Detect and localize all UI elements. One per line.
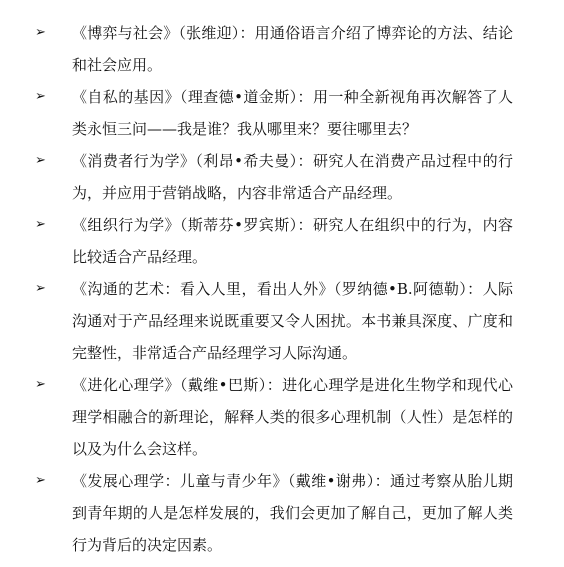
arrow-bullet-icon: ➢ [35, 145, 72, 177]
list-item: ➢ 《博弈与社会》（张维迎）：用通俗语言介绍了博弈论的方法、结论和社会应用。 [35, 17, 564, 81]
list-item: ➢ 《组织行为学》（斯蒂芬•罗宾斯）：研究人在组织中的行为，内容比较适合产品经理… [35, 209, 564, 273]
book-item-text: 《进化心理学》（戴维•巴斯）：进化心理学是进化生物学和现代心理学相融合的新理论，… [72, 369, 513, 465]
arrow-bullet-icon: ➢ [35, 81, 72, 113]
list-item: ➢ 《消费者行为学》（利昂•希夫曼）：研究人在消费产品过程中的行为，并应用于营销… [35, 145, 564, 209]
list-item: ➢ 《自私的基因》（理查德•道金斯）：用一种全新视角再次解答了人类永恒三问——我… [35, 81, 564, 145]
book-item-text: 《消费者行为学》（利昂•希夫曼）：研究人在消费产品过程中的行为，并应用于营销战略… [72, 145, 513, 209]
arrow-bullet-icon: ➢ [35, 369, 72, 401]
arrow-bullet-icon: ➢ [35, 465, 72, 497]
list-item: ➢ 《发展心理学：儿童与青少年》（戴维•谢弗）：通过考察从胎儿期到青年期的人是怎… [35, 465, 564, 561]
arrow-bullet-icon: ➢ [35, 209, 72, 241]
book-item-text: 《自私的基因》（理查德•道金斯）：用一种全新视角再次解答了人类永恒三问——我是谁… [72, 81, 513, 145]
book-item-text: 《发展心理学：儿童与青少年》（戴维•谢弗）：通过考察从胎儿期到青年期的人是怎样发… [72, 465, 513, 561]
document-page: ➢ 《博弈与社会》（张维迎）：用通俗语言介绍了博弈论的方法、结论和社会应用。 ➢… [0, 0, 564, 567]
book-item-text: 《组织行为学》（斯蒂芬•罗宾斯）：研究人在组织中的行为，内容比较适合产品经理。 [72, 209, 513, 273]
arrow-bullet-icon: ➢ [35, 273, 72, 305]
list-item: ➢ 《进化心理学》（戴维•巴斯）：进化心理学是进化生物学和现代心理学相融合的新理… [35, 369, 564, 465]
book-item-text: 《沟通的艺术：看入人里，看出人外》（罗纳德•B.阿德勒）：人际沟通对于产品经理来… [72, 273, 513, 369]
arrow-bullet-icon: ➢ [35, 17, 72, 49]
list-item: ➢ 《沟通的艺术：看入人里，看出人外》（罗纳德•B.阿德勒）：人际沟通对于产品经… [35, 273, 564, 369]
book-item-text: 《博弈与社会》（张维迎）：用通俗语言介绍了博弈论的方法、结论和社会应用。 [72, 17, 513, 81]
